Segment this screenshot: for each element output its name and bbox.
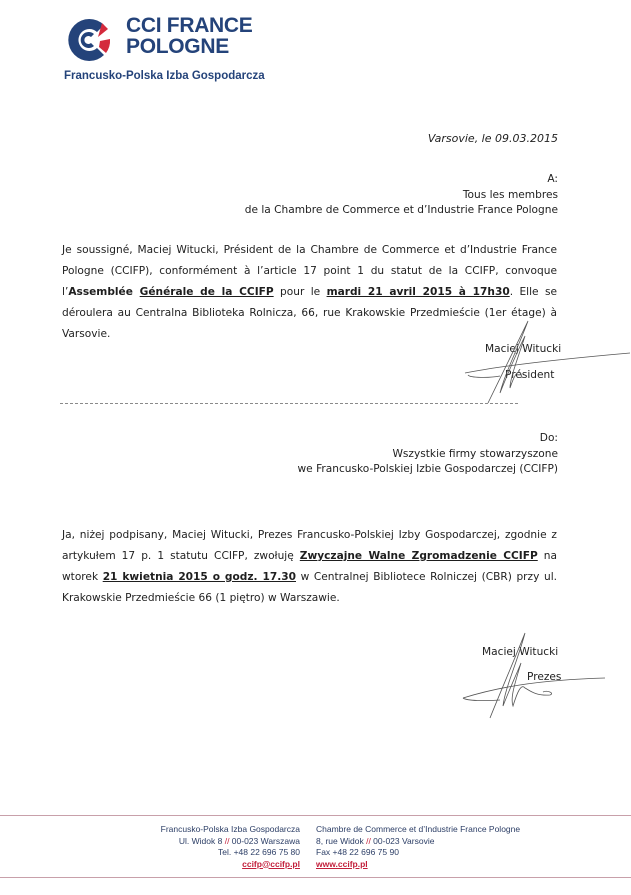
text: 00-023 Varsovie	[371, 836, 435, 846]
brand-name: CCI FRANCE POLOGNE	[126, 15, 253, 57]
text: 8, rue Widok	[316, 836, 366, 846]
text-bold: Assemblée	[68, 286, 139, 298]
brand-subtitle: Francusko-Polska Izba Gospodarcza	[64, 70, 265, 82]
body-paragraph-pl: Ja, niżej podpisany, Maciej Witucki, Pre…	[62, 525, 557, 609]
footer-address: Ul. Widok 8 // 00-023 Warszawa	[161, 836, 300, 848]
brand-line-1: CCI FRANCE	[126, 15, 253, 36]
recipient-label: A:	[245, 172, 558, 188]
signature-icon	[455, 628, 605, 720]
recipient-block-pl: Do: Wszystkie firmy stowarzyszone we Fra…	[298, 431, 558, 478]
text-emphasis: Zwyczajne Walne Zgromadzenie CCIFP	[300, 550, 538, 562]
footer-org-name: Francusko-Polska Izba Gospodarcza	[161, 824, 300, 836]
text: pour le	[274, 286, 327, 298]
letter-date: Varsovie, le 09.03.2015	[428, 132, 558, 145]
recipient-line: we Francusko-Polskiej Izbie Gospodarczej…	[298, 462, 558, 478]
section-divider	[60, 403, 518, 404]
footer-org-name: Chambre de Commerce et d’Industrie Franc…	[316, 824, 520, 836]
text-emphasis: Générale de la CCIFP	[140, 286, 274, 298]
footer-phone: Tel. +48 22 696 75 80	[161, 847, 300, 859]
text-emphasis: mardi 21 avril 2015 à 17h30	[327, 286, 510, 298]
recipient-line: Wszystkie firmy stowarzyszone	[298, 447, 558, 463]
footer-website-link[interactable]: www.ccifp.pl	[316, 859, 368, 869]
text-emphasis: 21 kwietnia 2015 o godz. 17.30	[103, 571, 296, 583]
footer-right-block: Chambre de Commerce et d’Industrie Franc…	[316, 824, 520, 870]
footer-bottom-line	[0, 877, 631, 878]
recipient-line: de la Chambre de Commerce et d’Industrie…	[245, 203, 558, 219]
footer-address: 8, rue Widok // 00-023 Varsovie	[316, 836, 520, 848]
footer-fax: Fax +48 22 696 75 90	[316, 847, 520, 859]
footer-email-link[interactable]: ccifp@ccifp.pl	[242, 859, 300, 869]
text: Ul. Widok 8	[179, 836, 225, 846]
text: 00-023 Warszawa	[229, 836, 300, 846]
cci-logo-icon	[64, 15, 114, 65]
brand-line-2: POLOGNE	[126, 36, 253, 57]
recipient-line: Tous les membres	[245, 188, 558, 204]
footer-left-block: Francusko-Polska Izba Gospodarcza Ul. Wi…	[161, 824, 300, 870]
recipient-label: Do:	[298, 431, 558, 447]
recipient-block-fr: A: Tous les membres de la Chambre de Com…	[245, 172, 558, 219]
signature-icon	[460, 318, 631, 408]
footer-top-line	[0, 815, 631, 816]
